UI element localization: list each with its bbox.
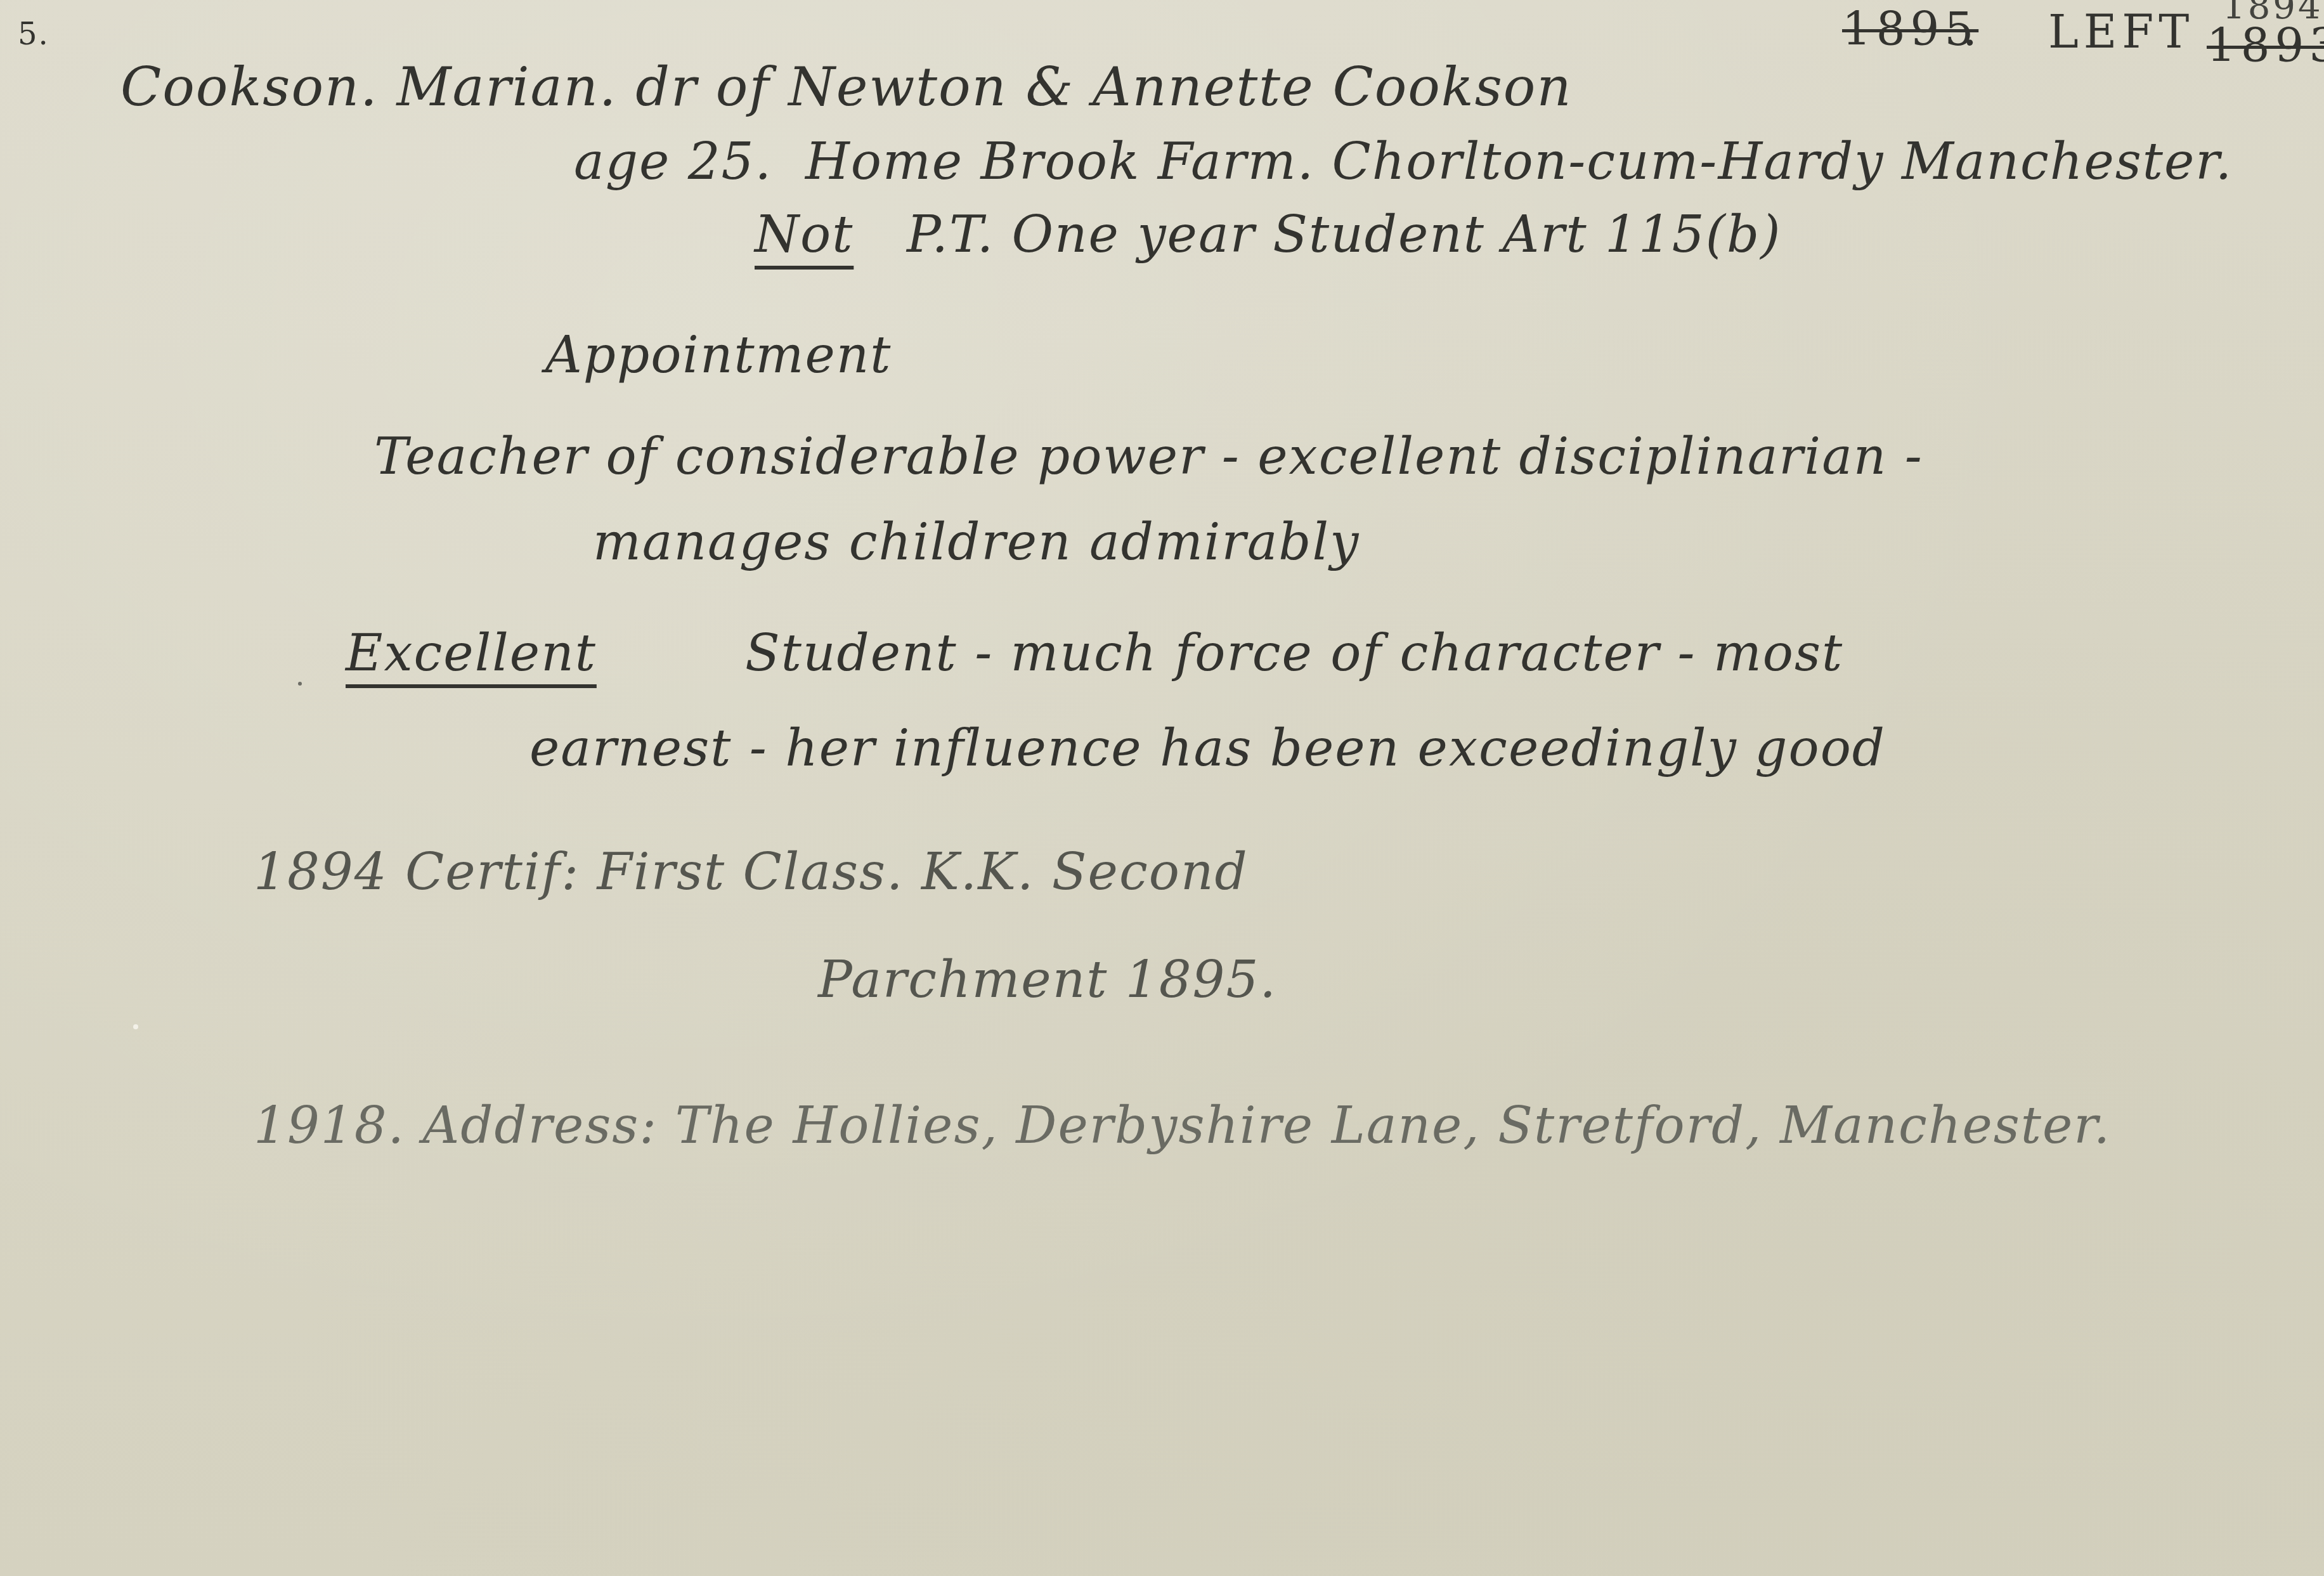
ledger-page: 5. 1895 . LEFT 1893 1894 Cookson. Marian… — [0, 0, 2324, 1576]
appointment-heading: Appointment — [545, 330, 892, 381]
teacher-remark-line-2: manages children admirably — [593, 517, 1360, 568]
ink-dot — [298, 682, 302, 686]
student-remark-line-2: earnest - her influence has been exceedi… — [529, 723, 1886, 774]
paper-speck — [133, 1024, 138, 1029]
name-line: Cookson. Marian. dr of Newton & Annette … — [120, 60, 1572, 114]
certificate-line-2: Parchment 1895. — [818, 954, 1277, 1005]
age-text: age 25. — [574, 136, 772, 187]
status-text: P.T. One year Student Art 115(b) — [907, 209, 1781, 260]
student-remark-line-1: Student - much force of character - most — [745, 628, 1843, 679]
corrected-left-year: 1894 — [2223, 0, 2323, 27]
struck-left-year: 1893 — [2207, 23, 2324, 68]
struck-year: 1895 — [1842, 6, 1978, 52]
certificate-line-1: 1894 Certif: First Class. K.K. Second — [254, 847, 1249, 897]
home-address: Home Brook Farm. Chorlton-cum-Hardy Manc… — [805, 136, 2233, 187]
not-label: Not — [755, 209, 854, 260]
teacher-remark-line-1: Teacher of considerable power - excellen… — [374, 431, 1923, 482]
excellent-emphasis: Excellent — [346, 628, 597, 679]
year-separator: . — [1963, 6, 1982, 52]
left-label: LEFT — [2048, 9, 2194, 55]
later-address: 1918. Address: The Hollies, Derbyshire L… — [254, 1100, 2111, 1151]
entry-number: 5. — [18, 19, 49, 49]
